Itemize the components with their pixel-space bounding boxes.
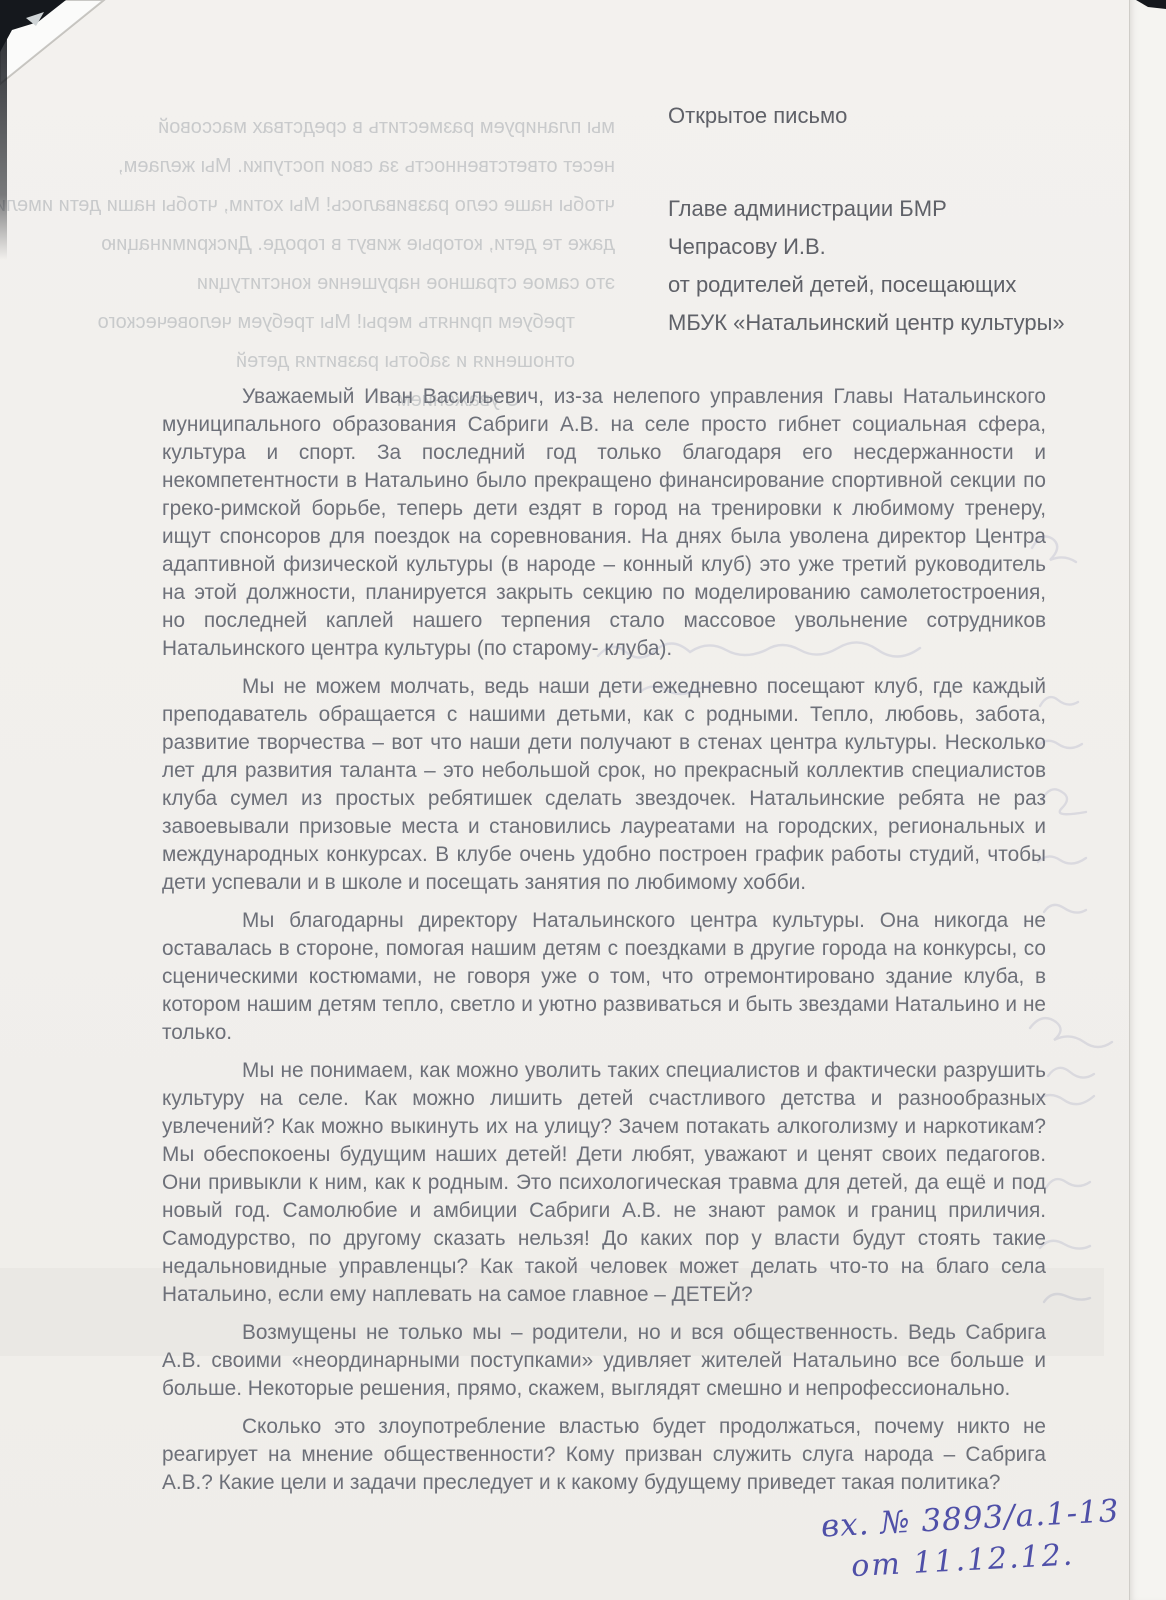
paragraph: Сколько это злоупотребление властью буде…	[162, 1413, 1046, 1497]
paragraph: Мы не можем молчать, ведь наши дети ежед…	[162, 673, 1046, 897]
paragraph: Возмущены не только мы – родители, но и …	[162, 1319, 1046, 1403]
recipient-block: Главе администрации БМР Чепрасову И.В. о…	[668, 190, 1108, 342]
page-edge-fold	[1129, 0, 1166, 1600]
paragraph: Уважаемый Иван Васильевич, из-за нелепог…	[162, 383, 1046, 663]
letter-body: Уважаемый Иван Васильевич, из-за нелепог…	[162, 383, 1046, 1507]
paragraph: Мы не понимаем, как можно уволить таких …	[162, 1057, 1046, 1309]
scanned-letter-page: мы планируем разместить в средствах масс…	[0, 0, 1166, 1600]
recipient-line: от родителей детей, посещающих	[668, 266, 1108, 304]
recipient-line: Главе администрации БМР	[668, 190, 1108, 228]
recipient-line: Чепрасову И.В.	[668, 228, 1108, 266]
letter-title: Открытое письмо	[668, 103, 847, 129]
recipient-line: МБУК «Натальинский центр культуры»	[668, 304, 1108, 342]
paragraph: Мы благодарны директору Натальинского це…	[162, 907, 1046, 1047]
